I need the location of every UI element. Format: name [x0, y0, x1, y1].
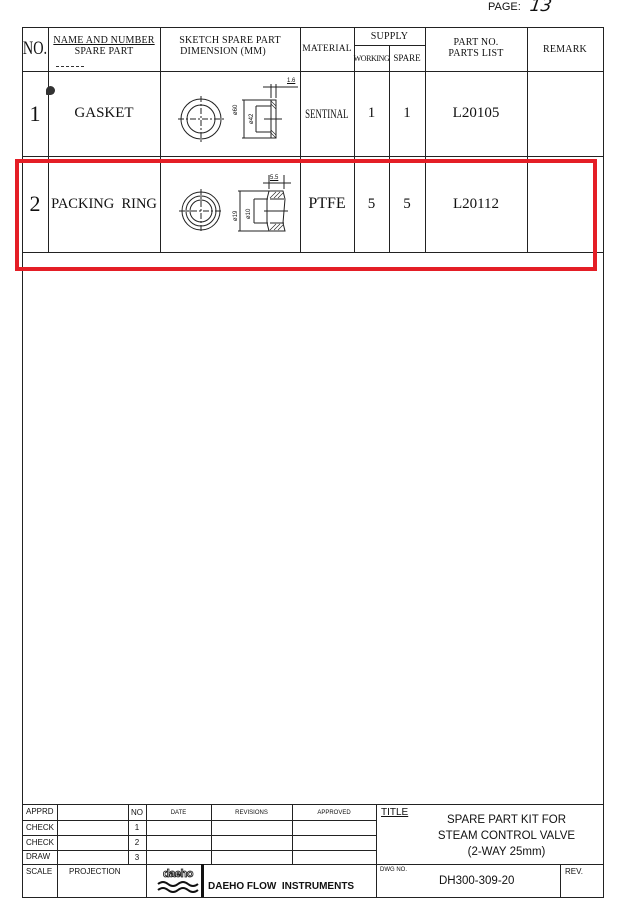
- rev-label: REV.: [565, 867, 583, 876]
- header-remark: REMARK: [527, 27, 603, 71]
- page-number: 13: [529, 0, 553, 16]
- header-sketch-line2: DIMENSION (MM): [180, 46, 266, 57]
- projection-label: PROJECTION: [69, 867, 121, 876]
- revision-no-2: 2: [128, 835, 146, 850]
- title-line-1: SPARE PART KIT FOR: [447, 812, 566, 828]
- row-part-no: L20105: [425, 71, 527, 156]
- row-name: GASKET: [48, 71, 160, 156]
- daeho-logo-text: daeho: [157, 868, 199, 880]
- gasket-inner-dia-label: ø42: [249, 114, 255, 124]
- gasket-thickness-label: 1.6: [287, 78, 295, 84]
- row-working: 1: [354, 71, 389, 156]
- title-line-3: (2-WAY 25mm): [468, 844, 546, 860]
- dwg-no-label: DWG NO.: [380, 867, 407, 873]
- row-material: SENTINAL: [300, 71, 354, 156]
- header-sketch: SKETCH SPARE PART DIMENSION (MM): [160, 31, 300, 61]
- header-name-line1: NAME AND NUMBER: [53, 35, 154, 46]
- revision-no-3: 3: [128, 850, 146, 864]
- header-part-no: PART NO. PARTS LIST: [425, 33, 527, 63]
- company-name: DAEHO FLOW INSTRUMENTS: [208, 881, 354, 892]
- signoff-draw: DRAW: [26, 852, 50, 861]
- signoff-check-2: CHECK: [26, 838, 54, 847]
- header-working: WORKING: [354, 45, 389, 71]
- row-material-text: SENTINAL: [305, 106, 348, 122]
- revision-no-header: NO: [128, 805, 146, 820]
- header-name: NAME AND NUMBER SPARE PART: [48, 31, 160, 61]
- row-remark: [527, 71, 603, 156]
- header-part-no-line2: PARTS LIST: [448, 48, 503, 59]
- title-line-2: STEAM CONTROL VALVE: [438, 828, 575, 844]
- header-no: NO.: [25, 27, 45, 71]
- dwg-no: DH300-309-20: [439, 875, 514, 887]
- gasket-sketch: [160, 71, 300, 156]
- header-name-line2: SPARE PART: [75, 46, 134, 57]
- header-spare: SPARE: [389, 45, 425, 71]
- revision-date-header: DATE: [146, 805, 211, 820]
- logo-divider: [201, 864, 204, 897]
- waves-icon: [157, 880, 199, 894]
- header-sketch-line1: SKETCH SPARE PART: [179, 35, 281, 46]
- revision-revisions-header: REVISIONS: [211, 805, 292, 820]
- header-supply: SUPPLY: [354, 27, 425, 45]
- gasket-outer-dia-label: ø60: [233, 105, 239, 115]
- scale-label: SCALE: [26, 867, 52, 876]
- header-name-underline: [56, 66, 84, 67]
- page-label: PAGE:: [488, 1, 521, 13]
- row-no: 1: [22, 71, 48, 156]
- header-material: MATERIAL: [300, 27, 354, 71]
- drawing-title: SPARE PART KIT FOR STEAM CONTROL VALVE (…: [380, 812, 603, 860]
- signoff-check-1: CHECK: [26, 823, 54, 832]
- revision-approved-header: APPROVED: [292, 805, 376, 820]
- revision-no-1: 1: [128, 820, 146, 835]
- daeho-logo: daeho: [157, 868, 199, 894]
- signoff-apprd: APPRD: [26, 807, 54, 816]
- row-spare: 1: [389, 71, 425, 156]
- highlight-box: [15, 159, 597, 271]
- header-part-no-line1: PART NO.: [454, 37, 499, 48]
